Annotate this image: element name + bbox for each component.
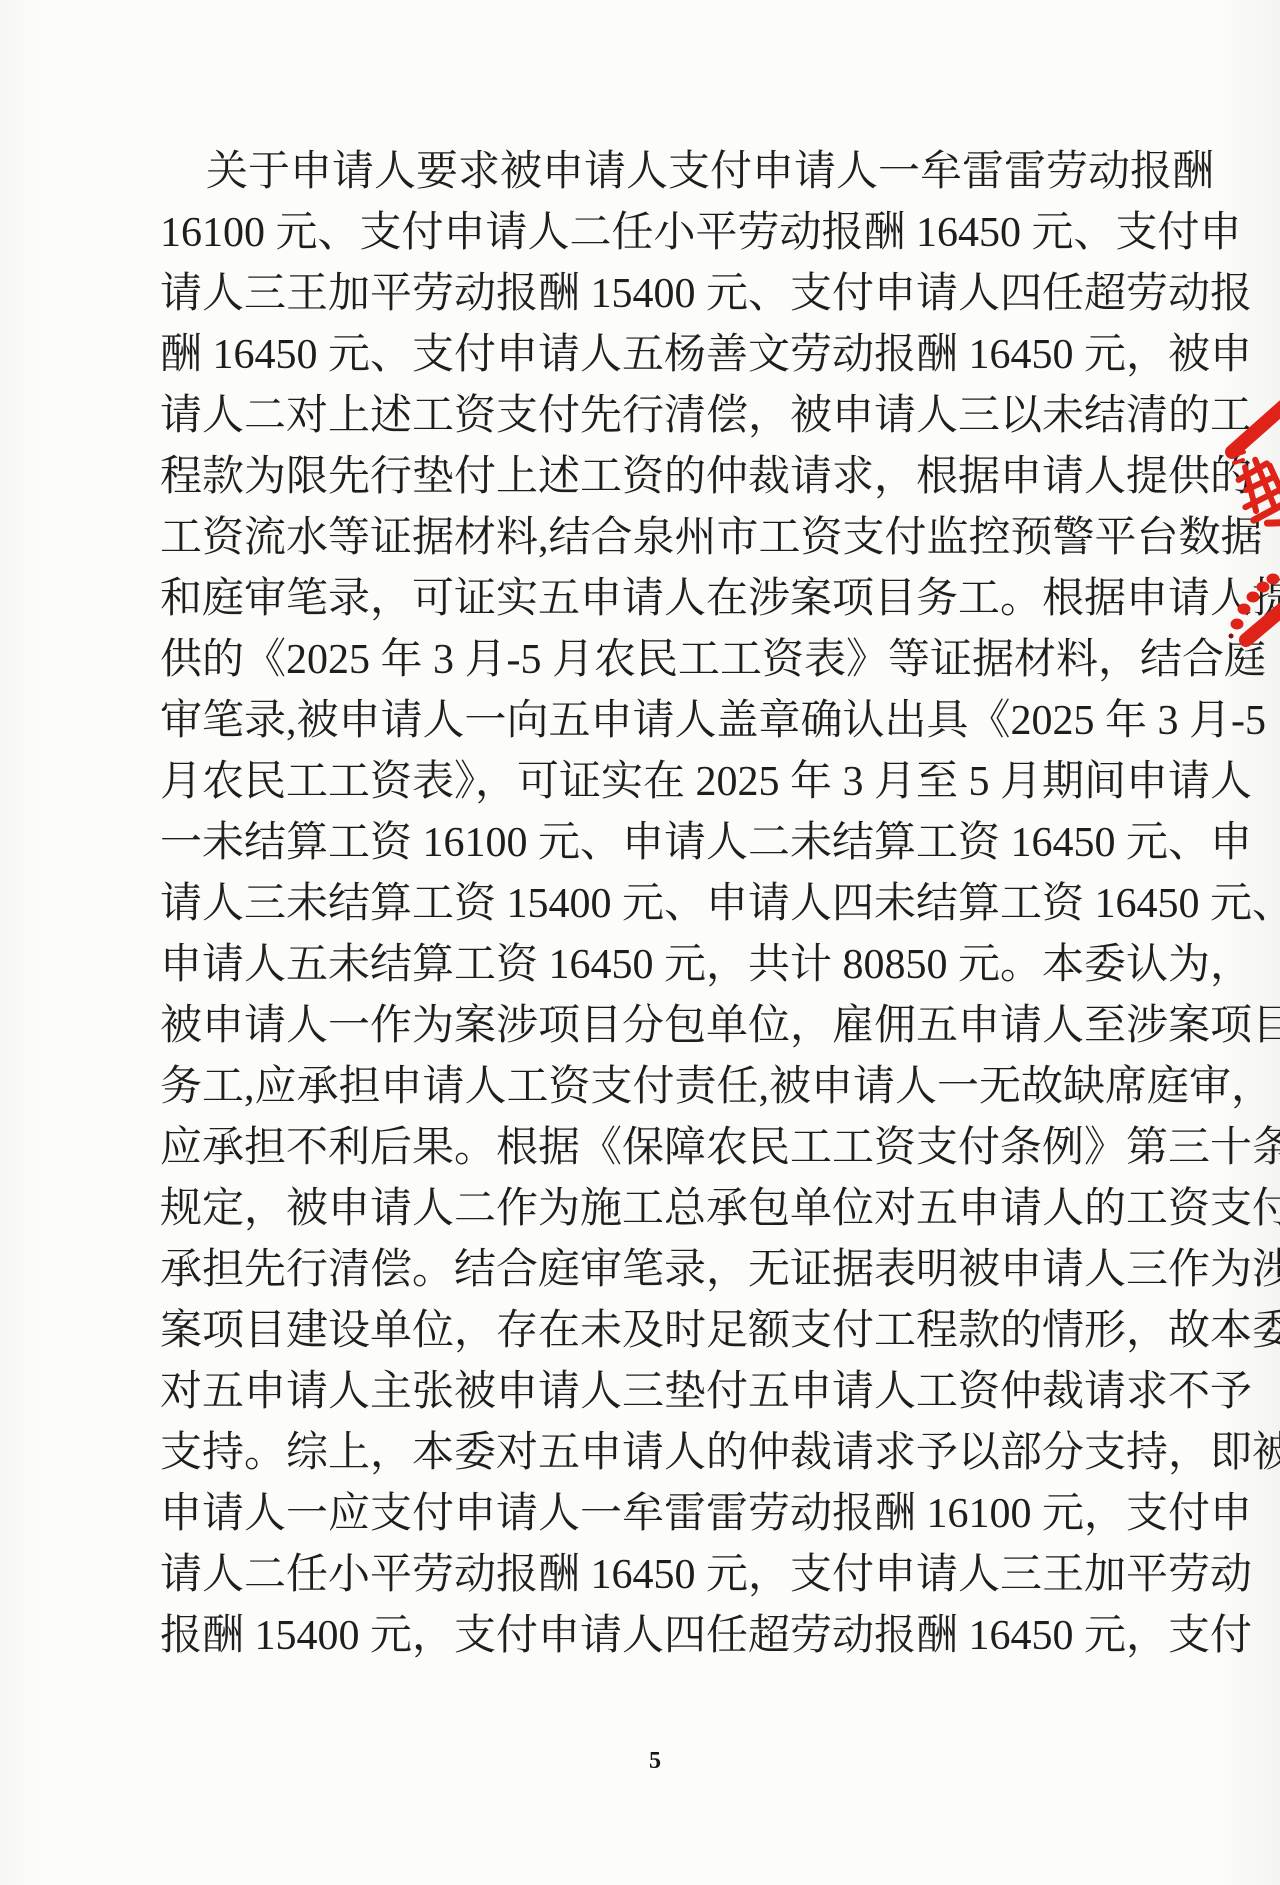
text-line: 务工,应承担申请人工资支付责任,被申请人一无故缺席庭审， [160, 1057, 1116, 1118]
red-official-seal-icon [1188, 412, 1280, 662]
text-line: 申请人一应支付申请人一牟雷雷劳动报酬 16100 元，支付申 [160, 1484, 1116, 1545]
text-line: 月农民工工资表》，可证实在 2025 年 3 月至 5 月期间申请人 [160, 752, 1116, 813]
text-line: 供的《2025 年 3 月-5 月农民工工资表》等证据材料，结合庭 [160, 630, 1116, 691]
text-line: 16100 元、支付申请人二任小平劳动报酬 16450 元、支付申 [160, 203, 1116, 264]
text-line: 酬 16450 元、支付申请人五杨善文劳动报酬 16450 元，被申 [160, 325, 1116, 386]
page-number: 5 [0, 1748, 1280, 1775]
text-line: 应承担不利后果。根据《保障农民工工资支付条例》第三十条 [160, 1118, 1116, 1179]
text-line: 被申请人一作为案涉项目分包单位，雇佣五申请人至涉案项目 [160, 996, 1116, 1057]
text-line: 申请人五未结算工资 16450 元，共计 80850 元。本委认为， [160, 935, 1116, 996]
text-line: 案项目建设单位，存在未及时足额支付工程款的情形，故本委 [160, 1301, 1116, 1362]
text-line: 规定，被申请人二作为施工总承包单位对五申请人的工资支付 [160, 1179, 1116, 1240]
text-line: 关于申请人要求被申请人支付申请人一牟雷雷劳动报酬 [160, 142, 1116, 203]
text-line: 承担先行清偿。结合庭审笔录，无证据表明被申请人三作为涉 [160, 1240, 1116, 1301]
text-line: 请人三未结算工资 15400 元、申请人四未结算工资 16450 元、 [160, 874, 1116, 935]
text-line: 审笔录,被申请人一向五申请人盖章确认出具《2025 年 3 月-5 [160, 691, 1116, 752]
text-line: 支持。综上，本委对五申请人的仲裁请求予以部分支持，即被 [160, 1423, 1116, 1484]
text-line: 工资流水等证据材料,结合泉州市工资支付监控预警平台数据 [160, 508, 1116, 569]
text-line: 和庭审笔录，可证实五申请人在涉案项目务工。根据申请人提 [160, 569, 1116, 630]
text-line: 对五申请人主张被申请人三垫付五申请人工资仲裁请求不予 [160, 1362, 1116, 1423]
text-line: 请人二任小平劳动报酬 16450 元，支付申请人三王加平劳动 [160, 1545, 1116, 1606]
text-line: 请人三王加平劳动报酬 15400 元、支付申请人四任超劳动报 [160, 264, 1116, 325]
body-text: 关于申请人要求被申请人支付申请人一牟雷雷劳动报酬 16100 元、支付申请人二任… [160, 142, 1116, 1667]
text-line: 报酬 15400 元，支付申请人四任超劳动报酬 16450 元，支付 [160, 1606, 1116, 1667]
text-line: 请人二对上述工资支付先行清偿，被申请人三以未结清的工 [160, 386, 1116, 447]
text-line: 一未结算工资 16100 元、申请人二未结算工资 16450 元、申 [160, 813, 1116, 874]
text-line: 程款为限先行垫付上述工资的仲裁请求，根据申请人提供的 [160, 447, 1116, 508]
